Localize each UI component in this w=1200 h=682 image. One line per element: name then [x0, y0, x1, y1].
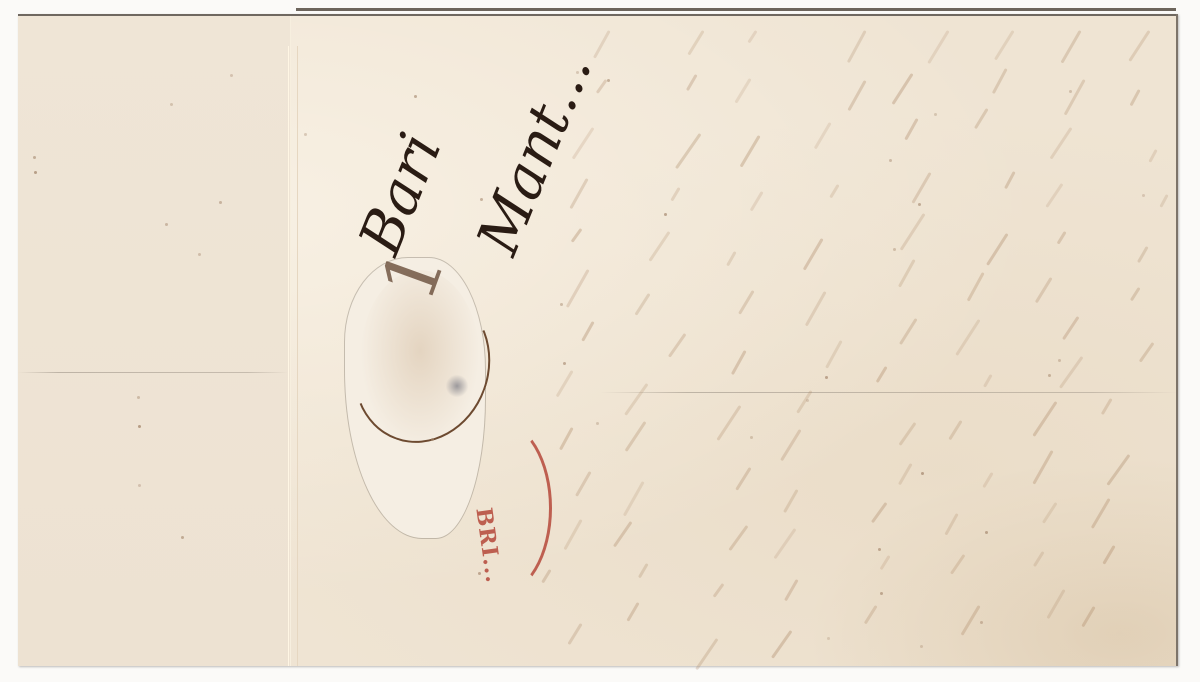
horizontal-fold-crease-right: [600, 392, 1178, 393]
speck: [878, 548, 881, 551]
speck: [1142, 194, 1145, 197]
speck: [1069, 90, 1072, 93]
speck: [576, 71, 579, 74]
speck: [607, 79, 610, 82]
speck: [920, 645, 923, 648]
speck: [750, 436, 753, 439]
speck: [806, 399, 809, 402]
speck: [431, 438, 434, 441]
horizontal-fold-crease-left: [18, 372, 288, 373]
speck: [170, 103, 173, 106]
speck: [137, 396, 140, 399]
speck: [34, 171, 37, 174]
speck: [230, 74, 233, 77]
speck: [480, 198, 483, 201]
ink-blot: [446, 374, 468, 398]
left-fold-panel: [18, 16, 291, 666]
speck: [918, 203, 921, 206]
speck: [880, 592, 883, 595]
speck: [893, 248, 896, 251]
speck: [563, 362, 566, 365]
red-postmark: BRI...: [486, 420, 570, 590]
